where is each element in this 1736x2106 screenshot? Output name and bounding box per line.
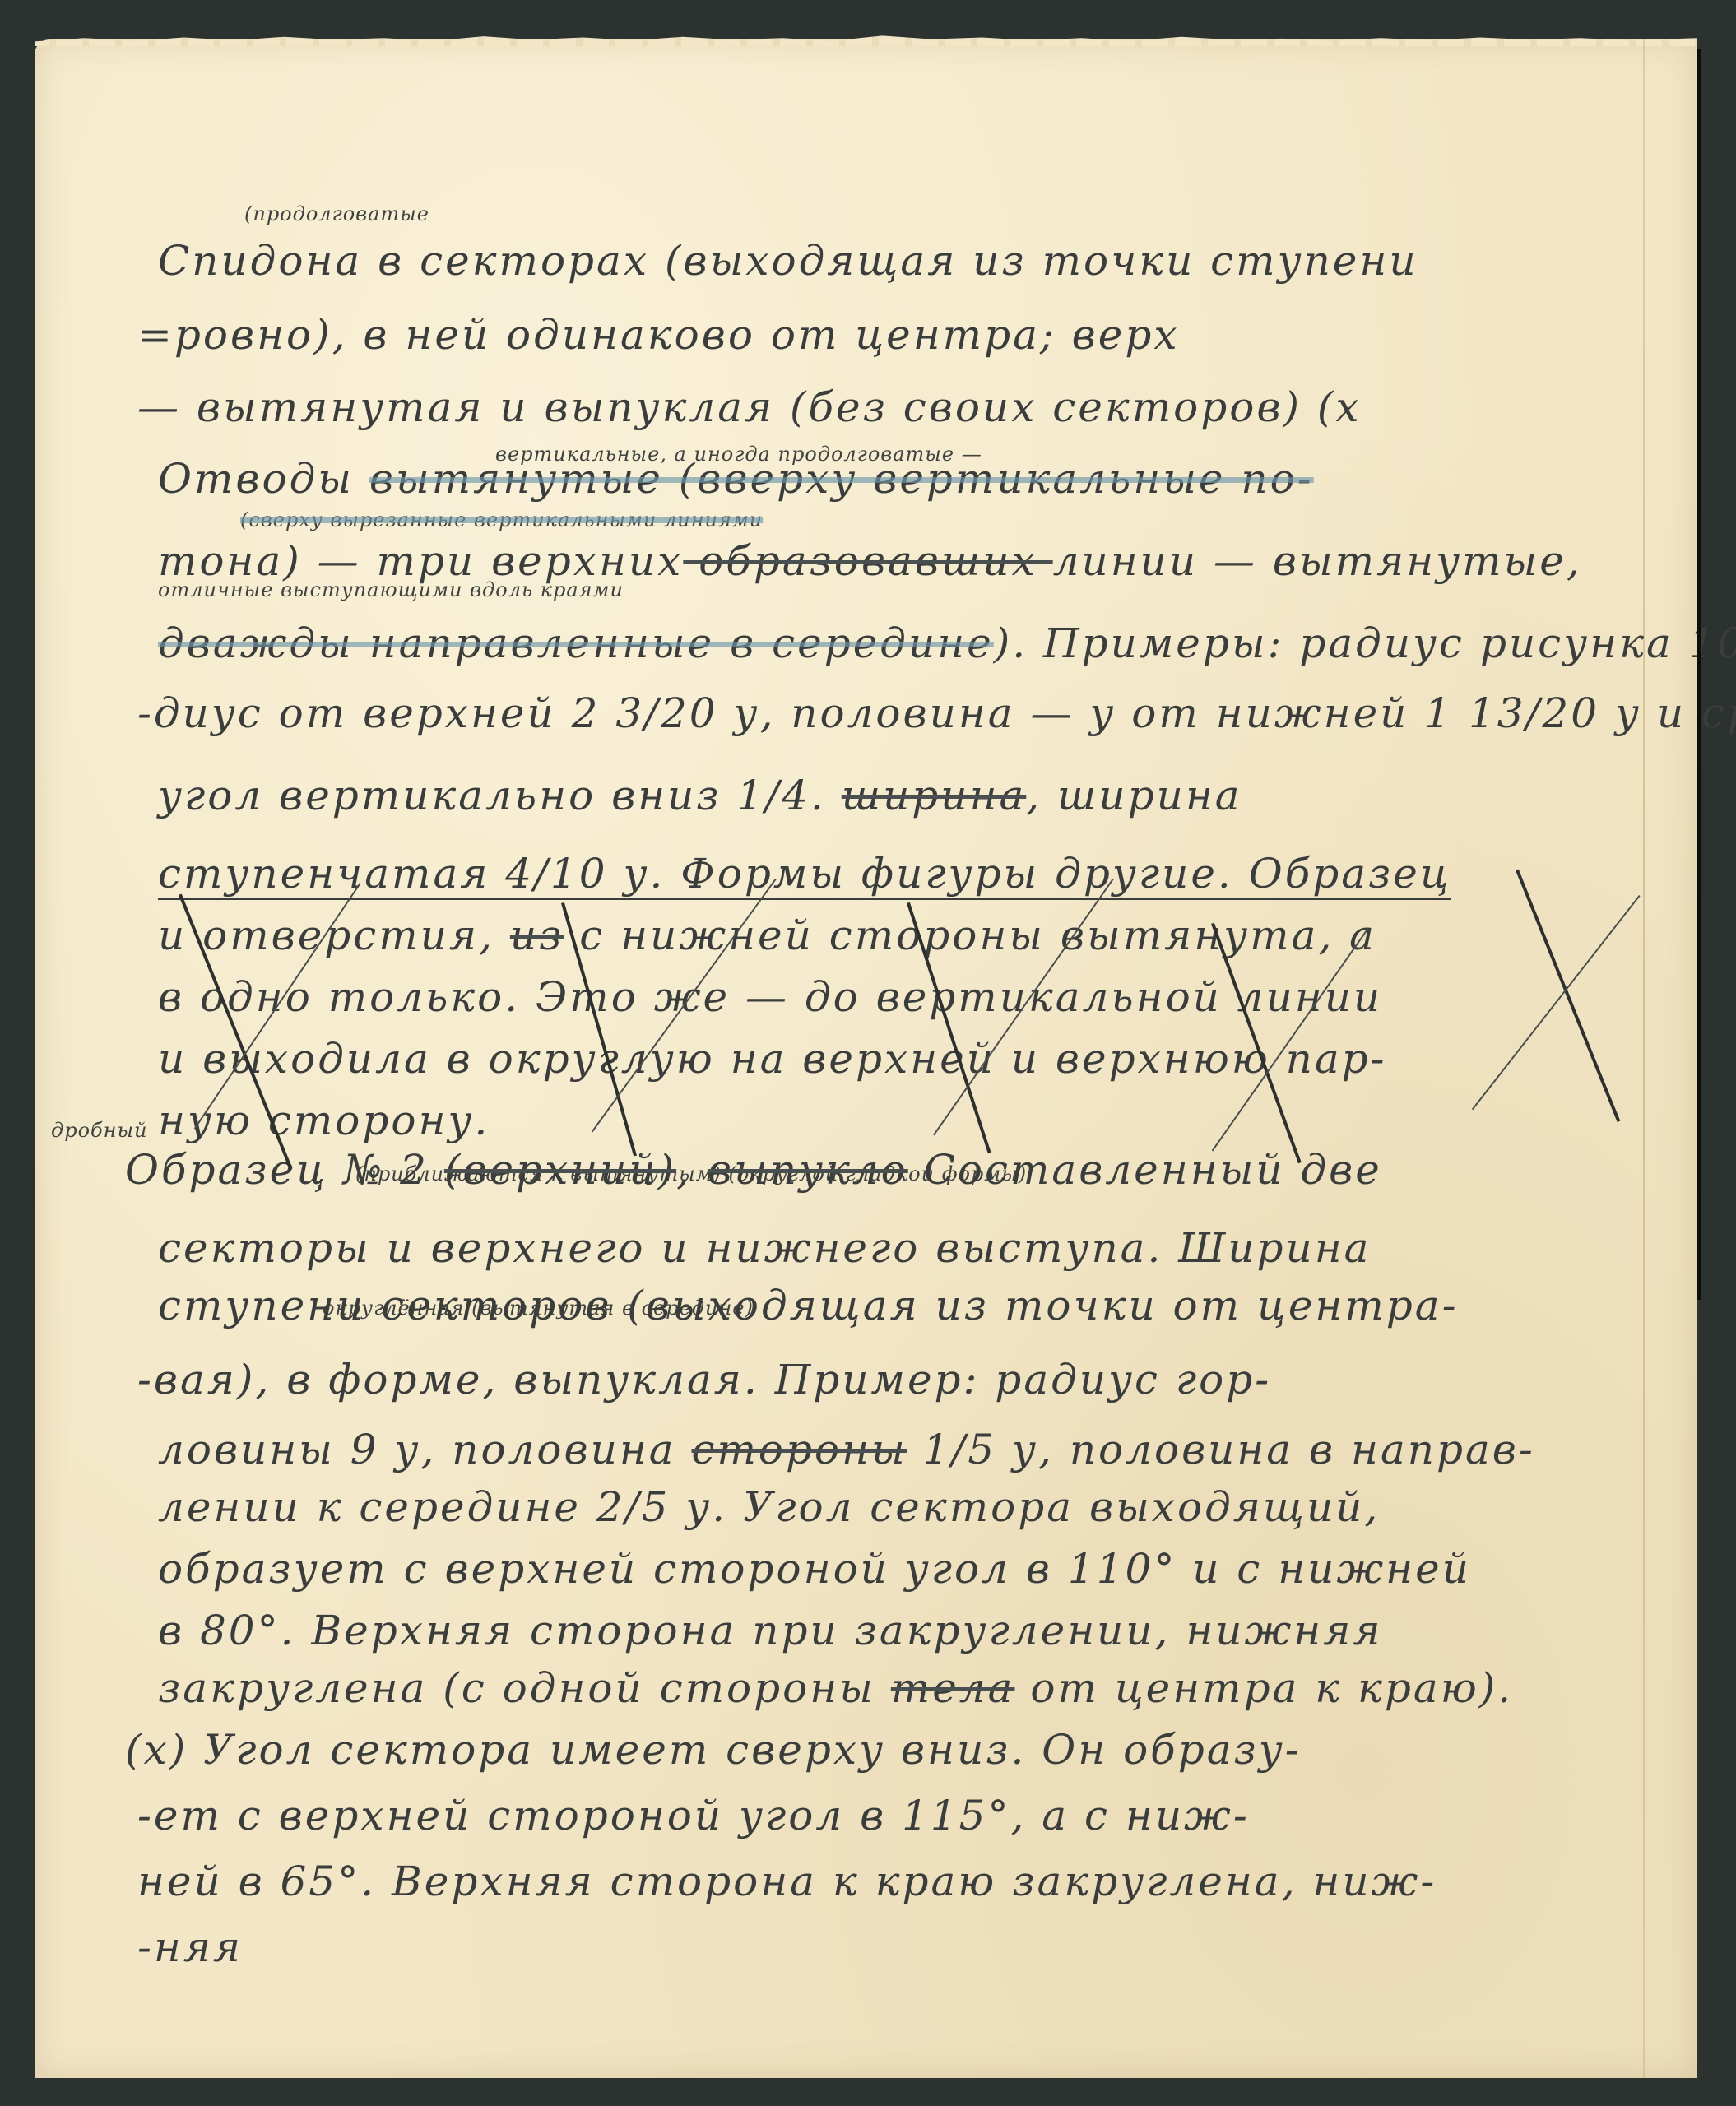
text-line-11: в одно только. Это же — до вертикальной …	[158, 973, 1382, 1021]
text-line-13: ную сторону.	[158, 1097, 490, 1144]
text-line-2: =ровно), в ней одинаково от центра; верх	[137, 311, 1180, 359]
text-line-19: лении к середине 2/5 у. Угол сектора вых…	[158, 1483, 1380, 1531]
text-line-26: -няя	[137, 1923, 243, 1971]
struck-text: вытянутые (вверху вертикальные по-	[369, 455, 1314, 503]
text-line-5: тона) — три верхних образовавших линии —…	[158, 537, 1582, 585]
text-line-23: (x) Угол сектора имеет сверху вниз. Он о…	[125, 1726, 1302, 1774]
text-line-22: закруглена (с одной стороны тела от цент…	[158, 1664, 1513, 1712]
insertion-line1: (продолговатые	[244, 202, 429, 225]
text-line-6: дважды направленные в середине). Примеры…	[158, 619, 1736, 667]
page-fold-line	[1643, 39, 1645, 2078]
insertion-line5: (сверху вырезанные вертикальными линиями	[240, 508, 763, 531]
text-line-3: — вытянутая и выпуклая (без своих сектор…	[137, 383, 1362, 431]
text-line-8: угол вертикально вниз 1/4. ширина, ширин…	[158, 772, 1242, 819]
text-line-21: в 80°. Верхняя сторона при закруглении, …	[158, 1607, 1382, 1654]
text-line-1: Спидона в секторах (выходящая из точки с…	[158, 237, 1418, 285]
text-line-15: секторы и верхнего и нижнего выступа. Ши…	[158, 1224, 1371, 1272]
text-line-24: -ет с верхней стороной угол в 115°, а с …	[137, 1792, 1250, 1839]
text-line-12: и выходила в округлую на верхней и верхн…	[158, 1035, 1387, 1083]
text-line-9: ступенчатая 4/10 у. Формы фигуры другие.…	[158, 850, 1451, 898]
text-line-20: образует с верхней стороной угол в 110° …	[158, 1545, 1471, 1593]
text-line-25: ней в 65°. Верхняя сторона к краю закруг…	[137, 1858, 1437, 1905]
text-line-10: и отверстия, из с нижней стороны вытянут…	[158, 912, 1376, 959]
manuscript-page: (продолговатые вертикальные, а иногда пр…	[35, 39, 1697, 2078]
scan-edge-strip	[1697, 49, 1701, 1300]
torn-top-edge	[35, 35, 1697, 46]
text-line-7: -диус от верхней 2 3/20 у, половина — у …	[137, 689, 1736, 737]
text-line-18: ловины 9 у, половина стороны 1/5 у, поло…	[158, 1426, 1535, 1473]
insertion-section2-margin: дробный	[51, 1119, 147, 1142]
text-line-4: Отводы вытянутые (вверху вертикальные по…	[158, 455, 1314, 503]
text-line-17: -вая), в форме, выпуклая. Пример: радиус…	[137, 1356, 1271, 1403]
text-line-16: ступени секторов (выходящая из точки от …	[158, 1282, 1458, 1329]
text-line-14: Образец № 2 (верхний), выпукло Составлен…	[125, 1146, 1382, 1194]
